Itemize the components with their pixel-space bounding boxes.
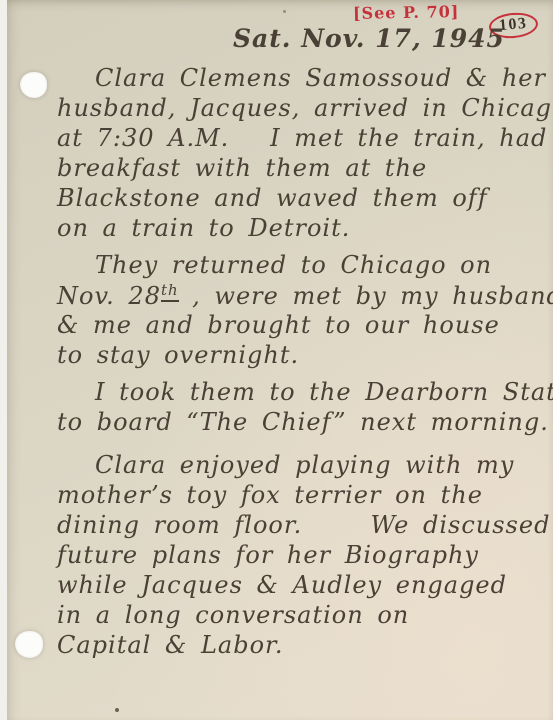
scanned-document: [See P. 70] 103 Sat. Nov. 17, 1945 Clara… [0, 0, 553, 720]
hole-punch-top [20, 72, 47, 98]
text-line: husband, Jacques, arrived in Chicago [57, 94, 551, 124]
see-page-annotation: [See P. 70] [353, 2, 460, 23]
date-text: Nov. 28 [57, 282, 161, 310]
text-line: breakfast with them at the [57, 154, 551, 184]
text-line: They returned to Chicago on [57, 251, 551, 281]
text-line: dining room floor. We discussed [57, 511, 551, 541]
diary-text: Clara Clemens Samossoud & her husband, J… [57, 64, 551, 661]
date-heading: Sat. Nov. 17, 1945 [233, 24, 505, 53]
paragraph-4: Clara enjoyed playing with my mother’s t… [57, 451, 551, 661]
text-line: while Jacques & Audley engaged [57, 571, 551, 601]
text-line: I took them to the Dearborn Station [57, 378, 551, 408]
text-line: Capital & Labor. [57, 631, 551, 661]
line-continuation: , were met by my husband [179, 282, 553, 310]
text-line: future plans for her Biography [57, 541, 551, 571]
paragraph-3: I took them to the Dearborn Station to b… [57, 378, 551, 438]
text-line: mother’s toy fox terrier on the [57, 481, 551, 511]
diary-page: [See P. 70] 103 Sat. Nov. 17, 1945 Clara… [7, 0, 553, 720]
text-line: Clara enjoyed playing with my [57, 451, 551, 481]
text-line: Blackstone and waved them off [57, 184, 551, 214]
text-line: Nov. 28th , were met by my husband [57, 281, 551, 311]
paragraph-2: They returned to Chicago on Nov. 28th , … [57, 251, 551, 371]
text-line: in a long conversation on [57, 601, 551, 631]
paper-speck [283, 10, 286, 13]
paper-speck [115, 708, 119, 712]
text-line: to board “The Chief” next morning. [57, 408, 551, 438]
ordinal-suffix: th [161, 281, 179, 302]
text-line: at 7:30 A.M. I met the train, had [57, 124, 551, 154]
text-line: to stay overnight. [57, 341, 551, 371]
text-line: & me and brought to our house [57, 311, 551, 341]
paragraph-1: Clara Clemens Samossoud & her husband, J… [57, 64, 551, 244]
hole-punch-bottom [15, 631, 43, 658]
text-line: Clara Clemens Samossoud & her [57, 64, 551, 94]
text-line: on a train to Detroit. [57, 214, 551, 244]
